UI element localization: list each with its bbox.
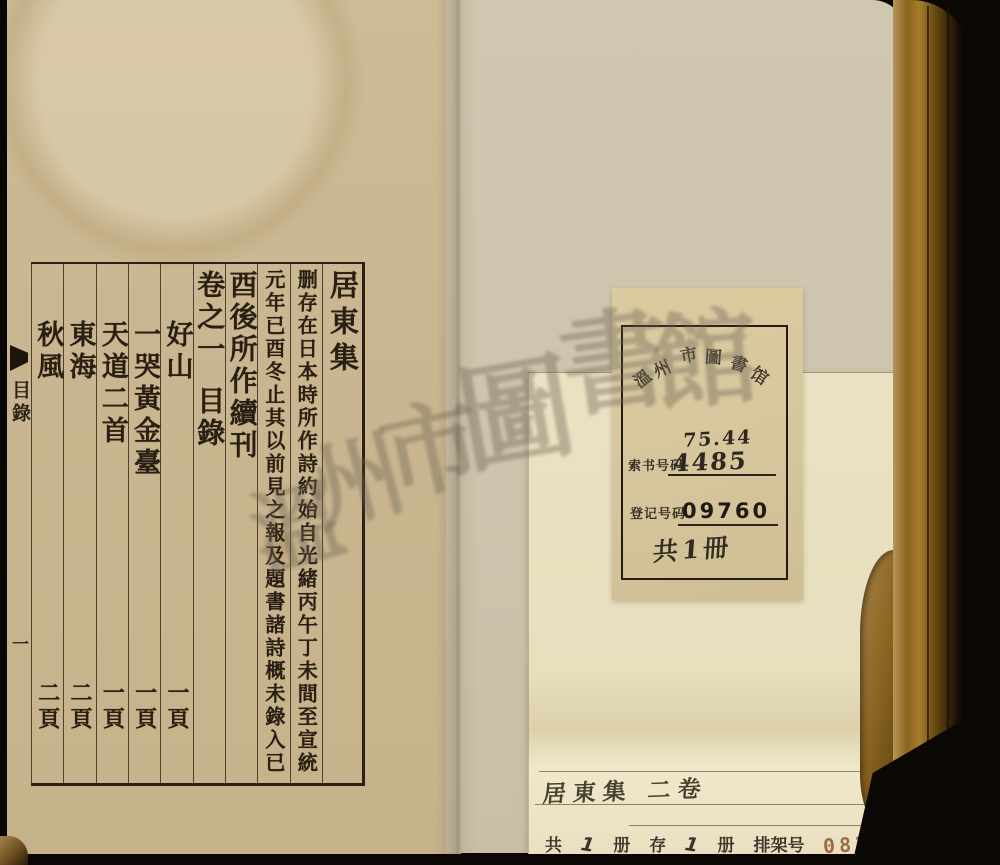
library-name-char: 馆 bbox=[746, 359, 774, 389]
page-edges-strip bbox=[893, 0, 971, 840]
toc-entry-page: 一頁 bbox=[101, 681, 123, 733]
toc-entry-page: 一頁 bbox=[134, 681, 156, 733]
toc-column: 删存在日本時所作詩約始自光緒丙午丁未間至宣統 bbox=[290, 264, 322, 783]
toc-entry-page: 一頁 bbox=[166, 681, 188, 733]
toc-column: 一哭黃金臺一頁 bbox=[128, 264, 160, 783]
card-footer-text: 存 bbox=[649, 836, 666, 856]
toc-entry-text: 居東集 bbox=[328, 270, 357, 378]
toc-entry-text: 酉後所作續刊 bbox=[228, 270, 256, 462]
toc-entry-page: 二頁 bbox=[37, 681, 59, 733]
toc-entry-text: 元年已酉冬止其以前見之報及題書諸詩概未錄入已 bbox=[264, 269, 284, 775]
toc-column: 卷之一目錄 bbox=[193, 264, 225, 783]
call-number-value: 4485 bbox=[672, 446, 749, 478]
registration-number-label: 登记号码 bbox=[630, 503, 686, 522]
toc-column: 酉後所作續刊 bbox=[225, 264, 257, 783]
page-edge-line bbox=[927, 6, 929, 826]
toc-column: 東海二頁 bbox=[63, 264, 95, 783]
rule-line bbox=[539, 771, 897, 772]
toc-entry-text: 東海 bbox=[67, 320, 94, 384]
spine-page-number: 一 bbox=[12, 630, 29, 655]
library-name-char: 圖 bbox=[704, 342, 723, 368]
toc-column: 居東集 bbox=[322, 264, 362, 783]
toc-entry-text: 天道二首 bbox=[99, 320, 126, 448]
label-border: 溫州市圖書馆 索书号码 75.44 4485 登记号码 09760 共1冊 bbox=[621, 325, 788, 580]
scan-background bbox=[0, 854, 1000, 865]
card-footer-row: 共1册存1册排架号08265 bbox=[545, 831, 904, 856]
holdings-note: 共1冊 bbox=[652, 527, 734, 569]
toc-entry-text: 好山 bbox=[163, 320, 190, 384]
left-page: 目錄 一 居東集删存在日本時所作詩約始自光緒丙午丁未間至宣統元年已酉冬止其以前見… bbox=[6, 0, 461, 858]
card-footer-text: 册 bbox=[613, 836, 630, 856]
library-label: 溫州市圖書馆 索书号码 75.44 4485 登记号码 09760 共1冊 bbox=[612, 288, 803, 600]
spine-column: 目錄 一 bbox=[6, 262, 31, 786]
toc-column: 秋風二頁 bbox=[31, 264, 63, 783]
toc-column: 天道二首一頁 bbox=[96, 264, 128, 783]
toc-entry-page: 二頁 bbox=[69, 681, 91, 733]
toc-column: 元年已酉冬止其以前見之報及題書諸詩概未錄入已 bbox=[257, 264, 289, 783]
library-name-char: 書 bbox=[728, 348, 752, 377]
scan-background bbox=[0, 0, 7, 865]
library-name-char: 市 bbox=[678, 340, 699, 368]
card-footer-text: 册 bbox=[717, 836, 734, 856]
page-edge-line bbox=[947, 6, 949, 806]
card-footer-text: 排架号 bbox=[753, 836, 804, 856]
toc-entry-text: 秋風 bbox=[34, 320, 61, 384]
paper-stain bbox=[0, 0, 406, 280]
toc-table: 居東集删存在日本時所作詩約始自光緒丙午丁未間至宣統元年已酉冬止其以前見之報及題書… bbox=[31, 262, 365, 786]
toc-entry-text: 卷之一 bbox=[195, 270, 223, 366]
spine-section-label: 目錄 bbox=[7, 380, 34, 426]
rule-line bbox=[629, 825, 884, 826]
toc-entry-text: 一哭黃金臺 bbox=[131, 320, 158, 480]
toc-entry-text: 删存在日本時所作詩約始自光緒丙午丁未間至宣統 bbox=[296, 269, 316, 775]
toc-column: 好山一頁 bbox=[160, 264, 192, 783]
rule-line bbox=[668, 474, 776, 476]
registration-number-value: 09760 bbox=[682, 499, 770, 523]
book-scan: 目錄 一 居東集删存在日本時所作詩約始自光緒丙午丁未間至宣統元年已酉冬止其以前見… bbox=[0, 0, 1000, 865]
rule-line bbox=[535, 804, 900, 805]
fishtail-icon bbox=[10, 345, 28, 371]
rule-line bbox=[678, 524, 778, 526]
page-seam bbox=[436, 0, 478, 858]
card-footer-text: 共 bbox=[545, 836, 562, 856]
toc-entry-subtext: 目錄 bbox=[195, 386, 223, 450]
